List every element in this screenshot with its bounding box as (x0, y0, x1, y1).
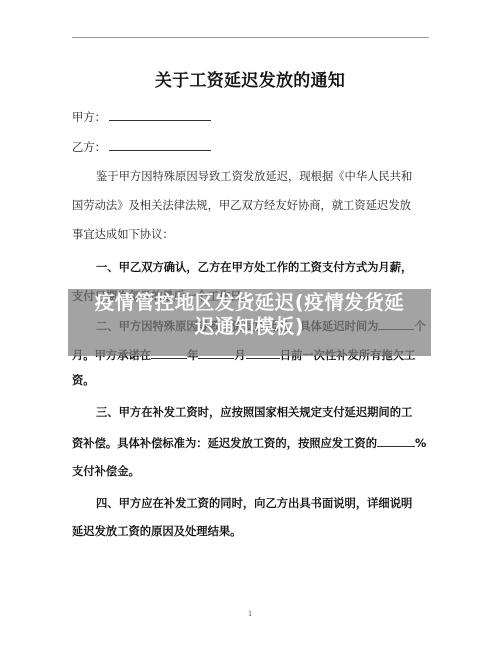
party-b-blank (109, 139, 211, 151)
clause-4-line-2: 延迟发放工资的原因及处理结果。 (72, 524, 432, 540)
header-rule (72, 37, 429, 38)
party-b-field: 乙方： (72, 139, 432, 156)
clause-3-text-a: 资补偿。具体补偿标准为：延迟发放工资的，按照应发工资的 (72, 437, 377, 450)
clause-2-line-3: 资。 (72, 373, 432, 389)
clause-4-line-1: 四、甲方应在补发工资的同时，向乙方出具书面说明，详细说明 (96, 496, 432, 512)
party-a-blank (109, 109, 211, 121)
page-number: 1 (0, 609, 500, 618)
clause-1-line-1: 一、甲乙双方确认，乙方在甲方处工作的工资支付方式为月薪， (96, 260, 432, 276)
party-a-label: 甲方： (72, 110, 106, 126)
clause-3-line-2: 资补偿。具体补偿标准为：延迟发放工资的，按照应发工资的% (72, 435, 432, 452)
party-b-label: 乙方： (72, 140, 106, 156)
compensation-percent-blank (377, 435, 415, 447)
clause-3-text-percent: % (415, 437, 426, 450)
clause-3-line-1: 三、甲方在补发工资时，应按照国家相关规定支付延迟期间的工 (96, 405, 432, 421)
document-page: 关于工资延迟发放的通知 甲方： 乙方： 鉴于甲方因特殊原因导致工资发放延迟，现根… (0, 0, 500, 647)
intro-line-1: 鉴于甲方因特殊原因导致工资发放延迟，现根据《中华人民共和 (96, 169, 432, 185)
intro-line-3: 事宜达成如下协议： (72, 227, 432, 243)
watermark-line-2: 迟通知模板) (68, 315, 431, 339)
document-title: 关于工资延迟发放的通知 (0, 66, 500, 91)
party-a-field: 甲方： (72, 109, 432, 126)
clause-3-line-3: 支付补偿金。 (72, 464, 432, 480)
intro-line-2: 国劳动法》及相关法律法规，甲乙双方经友好协商，就工资延迟发放 (72, 198, 432, 214)
watermark-line-1: 疫情管控地区发货延迟(疫情发货延 (68, 291, 431, 315)
watermark-caption: 疫情管控地区发货延迟(疫情发货延 迟通知模板) (68, 291, 431, 339)
